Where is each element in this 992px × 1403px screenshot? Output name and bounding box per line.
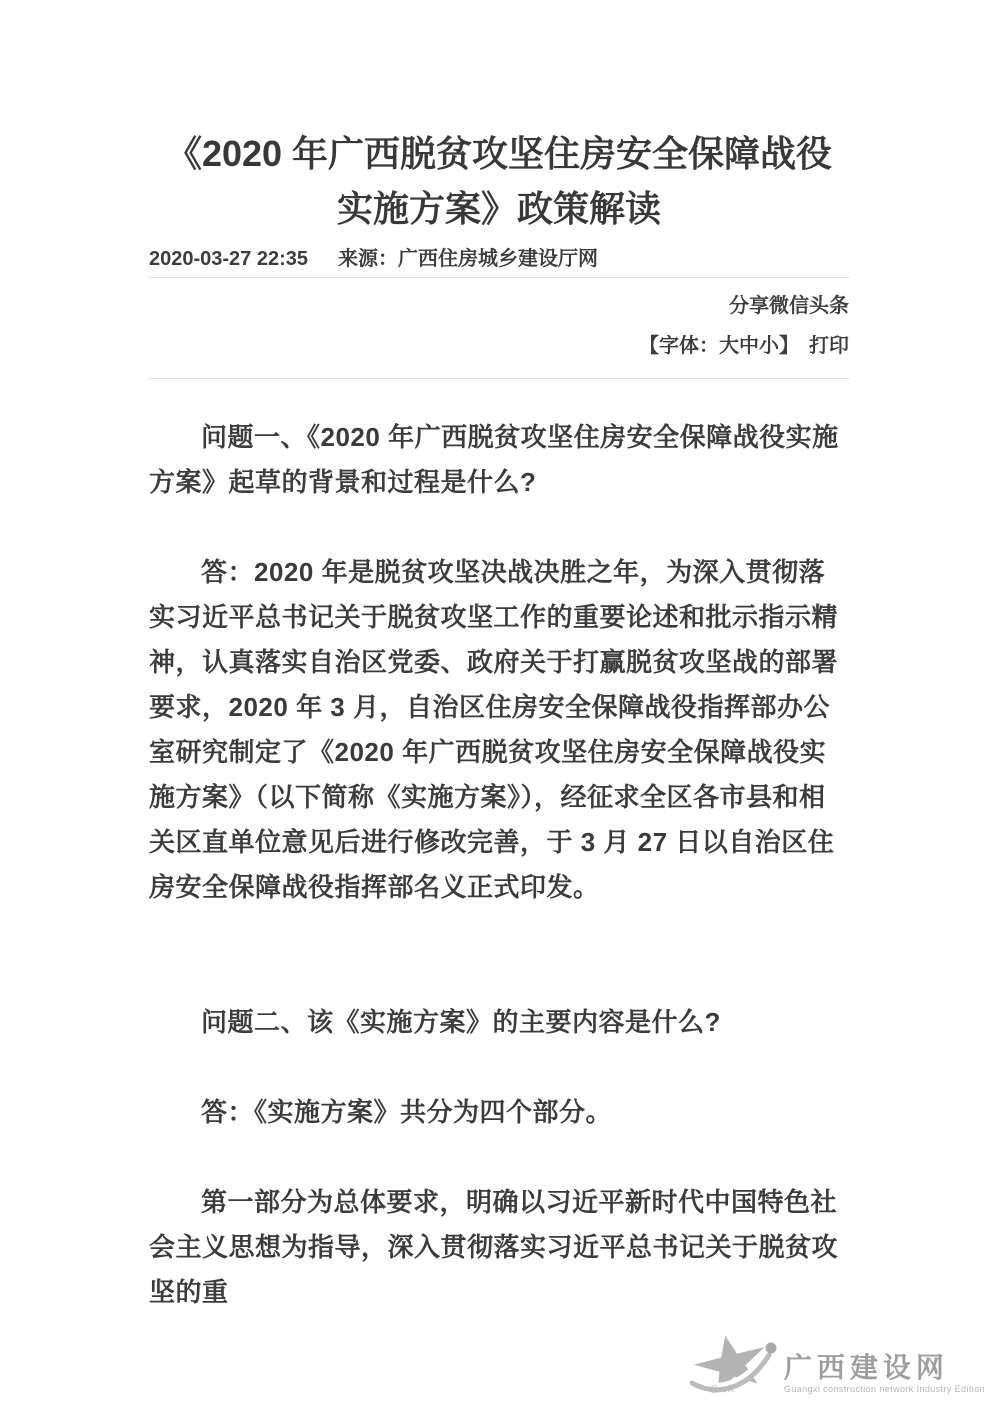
font-size-medium[interactable]: 中 (739, 335, 759, 357)
page-title: 《2020 年广西脱贫攻坚住房安全保障战役实施方案》政策解读 (149, 0, 849, 236)
source-label: 来源： (338, 248, 398, 270)
font-print-row: 【字体：大中小】打印 (149, 326, 849, 366)
source-name: 广西住房城乡建设厅网 (398, 248, 598, 270)
font-size-label: 【字体： (639, 335, 719, 357)
svg-text:Gxcic: Gxcic (709, 1382, 736, 1396)
paragraph: 问题一、《2020 年广西脱贫攻坚住房安全保障战役实施方案》起草的背景和过程是什… (149, 415, 849, 505)
footer-logo: Gxcic 广西建设网 Guangxi construction network… (688, 1333, 985, 1397)
font-size-small[interactable]: 小 (759, 335, 779, 357)
font-size-large[interactable]: 大 (719, 335, 739, 357)
star-logo-icon: Gxcic (688, 1333, 780, 1397)
font-size-label-close: 】 (779, 335, 799, 357)
article-body: 问题一、《2020 年广西脱贫攻坚住房安全保障战役实施方案》起草的背景和过程是什… (149, 379, 849, 1315)
publish-datetime: 2020-03-27 22:35 (149, 248, 308, 270)
paragraph: 答：《实施方案》共分为四个部分。 (149, 1090, 849, 1135)
article-toolbar: 分享微信头条 【字体：大中小】打印 (149, 278, 849, 379)
paragraph: 问题二、该《实施方案》的主要内容是什么? (149, 1000, 849, 1045)
logo-site-name: 广西建设网 (784, 1354, 985, 1384)
paragraph: 答：2020 年是脱贫攻坚决战决胜之年，为深入贯彻落实习近平总书记关于脱贫攻坚工… (149, 550, 849, 910)
paragraph: 第一部分为总体要求，明确以习近平新时代中国特色社会主义思想为指导，深入贯彻落实习… (149, 1180, 849, 1315)
article-page: 《2020 年广西脱贫攻坚住房安全保障战役实施方案》政策解读 2020-03-2… (149, 0, 849, 1315)
print-button[interactable]: 打印 (809, 335, 849, 357)
logo-tagline: Guangxi construction network Industry Ed… (784, 1384, 985, 1395)
article-meta: 2020-03-27 22:35来源：广西住房城乡建设厅网 (149, 246, 849, 278)
logo-text-block: 广西建设网 Guangxi construction network Indus… (784, 1354, 985, 1397)
share-row: 分享微信头条 (149, 286, 849, 326)
share-wechat-toutiao-link[interactable]: 分享微信头条 (729, 295, 849, 317)
